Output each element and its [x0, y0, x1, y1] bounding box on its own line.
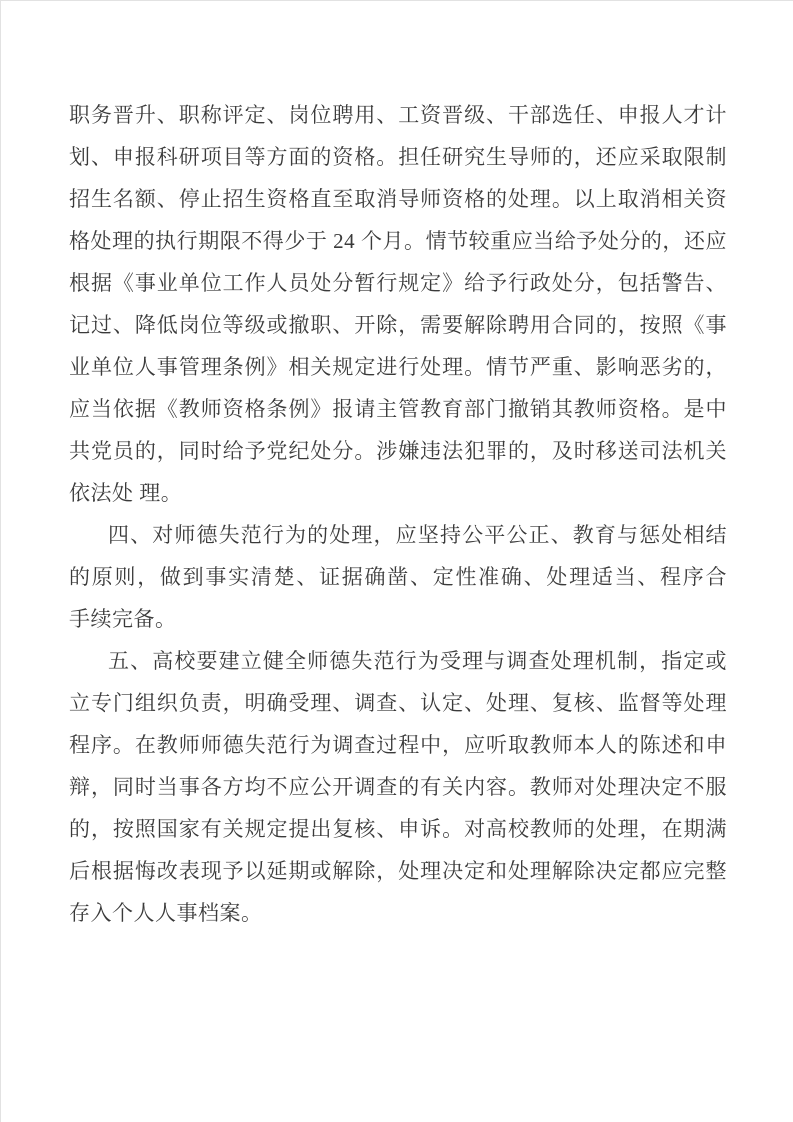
text-line: 根据《事业单位工作人员处分暂行规定》给予行政处分，包括警告、	[69, 262, 727, 304]
text-line: 依法处 理。	[69, 472, 727, 514]
document-body-text: 职务晋升、职称评定、岗位聘用、工资晋级、干部选任、申报人才计划、申报科研项目等方…	[69, 94, 727, 934]
text-line: 应当依据《教师资格条例》报请主管教育部门撤销其教师资格。是中	[69, 388, 727, 430]
text-line: 划、申报科研项目等方面的资格。担任研究生导师的，还应采取限制	[69, 136, 727, 178]
text-line: 的原则，做到事实清楚、证据确凿、定性准确、处理适当、程序合法、	[69, 556, 727, 598]
text-line: 业单位人事管理条例》相关规定进行处理。情节严重、影响恶劣的，	[69, 346, 727, 388]
text-line: 程序。在教师师德失范行为调查过程中，应听取教师本人的陈述和申	[69, 724, 727, 766]
text-line: 四、对师德失范行为的处理，应坚持公平公正、教育与惩处相结合	[69, 514, 727, 556]
text-line: 五、高校要建立健全师德失范行为受理与调查处理机制，指定或设	[69, 640, 727, 682]
text-line: 后根据悔改表现予以延期或解除，处理决定和处理解除决定都应完整	[69, 850, 727, 892]
text-line: 存入个人人事档案。	[69, 892, 727, 934]
text-line: 立专门组织负责，明确受理、调查、认定、处理、复核、监督等处理	[69, 682, 727, 724]
text-line: 手续完备。	[69, 598, 727, 640]
text-line: 的，按照国家有关规定提出复核、申诉。对高校教师的处理，在期满	[69, 808, 727, 850]
text-line: 招生名额、停止招生资格直至取消导师资格的处理。以上取消相关资	[69, 178, 727, 220]
text-line: 辩，同时当事各方均不应公开调查的有关内容。教师对处理决定不服	[69, 766, 727, 808]
text-line: 职务晋升、职称评定、岗位聘用、工资晋级、干部选任、申报人才计	[69, 94, 727, 136]
text-line: 格处理的执行期限不得少于 24 个月。情节较重应当给予处分的，还应	[69, 220, 727, 262]
text-line: 共党员的，同时给予党纪处分。涉嫌违法犯罪的，及时移送司法机关	[69, 430, 727, 472]
document-page: 职务晋升、职称评定、岗位聘用、工资晋级、干部选任、申报人才计划、申报科研项目等方…	[0, 0, 793, 1122]
text-line: 记过、降低岗位等级或撤职、开除，需要解除聘用合同的，按照《事	[69, 304, 727, 346]
